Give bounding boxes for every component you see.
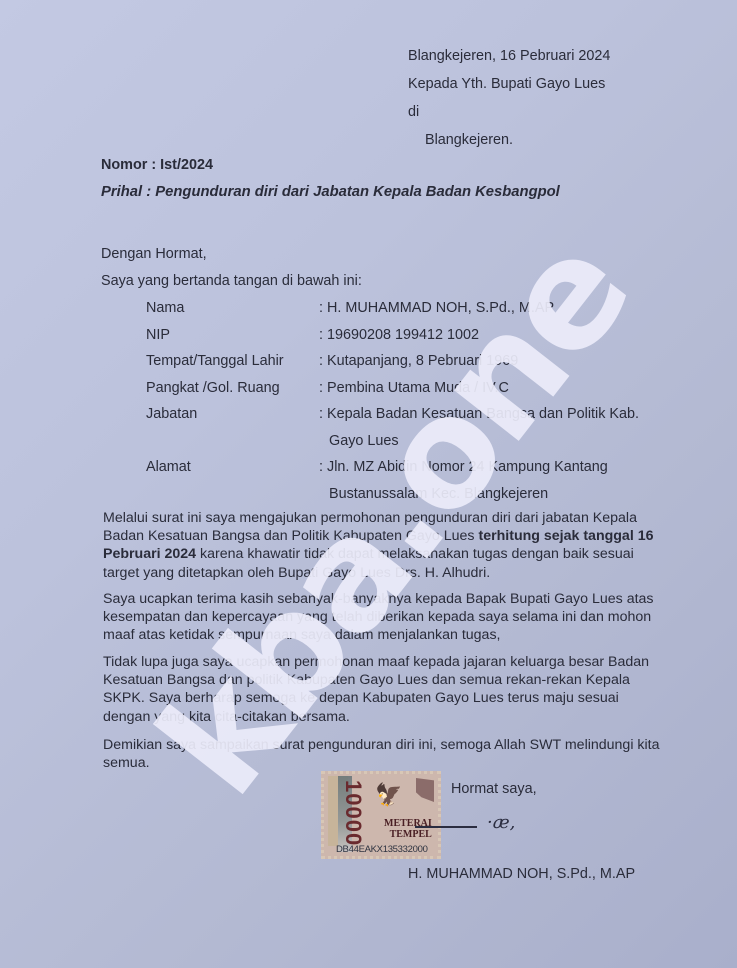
recipient-line: Kepada Yth. Bupati Gayo Lues (408, 70, 610, 98)
identity-row-continuation: Gayo Lues (146, 428, 639, 455)
recipient-city: Blangkejeren. (408, 126, 610, 154)
recipient-di: di (408, 98, 610, 126)
signature-stroke (415, 826, 477, 828)
meterai-stamp: 10000 🦅 METERAI TEMPEL DB44EAKX135332000 (321, 771, 441, 859)
garuda-emblem-icon: 🦅 (374, 780, 404, 810)
identity-row: Pangkat /Gol. Ruang : Pembina Utama Muda… (146, 375, 639, 402)
stamp-label: METERAI TEMPEL (384, 818, 432, 840)
identity-label: Nama (146, 300, 319, 316)
identity-label: Tempat/Tanggal Lahir (146, 353, 319, 369)
signatory-name: H. MUHAMMAD NOH, S.Pd., M.AP (408, 866, 635, 882)
identity-label: Pangkat /Gol. Ruang (146, 380, 319, 396)
letter-page: Blangkejeren, 16 Pebruari 2024 Kepada Yt… (0, 0, 737, 968)
identity-value: : 19690208 199412 1002 (319, 327, 479, 343)
identity-label: Jabatan (146, 406, 319, 422)
signature-mark: ·æ, (487, 812, 515, 833)
identity-row: Nama : H. MUHAMMAD NOH, S.Pd., M.AP (146, 295, 639, 322)
intro-line: Saya yang bertanda tangan di bawah ini: (101, 268, 362, 295)
identity-value: : H. MUHAMMAD NOH, S.Pd., M.AP (319, 300, 554, 316)
greeting: Dengan Hormat, (101, 241, 362, 268)
identity-label: NIP (146, 327, 319, 343)
place-date: Blangkejeren, 16 Pebruari 2024 (408, 42, 610, 70)
identity-value-continuation: Bustanussalam Kec. Blangkejeren (319, 486, 548, 502)
identity-value: : Kutapanjang, 8 Pebruari 1969 (319, 353, 518, 369)
identity-row: Alamat : Jln. MZ Abidin Nomor 24 Kampung… (146, 454, 639, 481)
identity-table: Nama : H. MUHAMMAD NOH, S.Pd., M.AP NIP … (146, 295, 639, 507)
identity-row: NIP : 19690208 199412 1002 (146, 322, 639, 349)
paragraph-apology: Tidak lupa juga saya ucapkan permohonan … (103, 653, 663, 726)
paragraph-thanks: Saya ucapkan terima kasih sebanyak-banya… (103, 590, 663, 645)
identity-row: Jabatan : Kepala Badan Kesatuan Bangsa d… (146, 401, 639, 428)
identity-value-continuation: Gayo Lues (319, 433, 399, 449)
identity-value: : Pembina Utama Muda / IV.C (319, 380, 509, 396)
closing-salutation: Hormat saya, (451, 781, 537, 797)
stamp-label-line2: TEMPEL (384, 829, 432, 840)
identity-row-continuation: Bustanussalam Kec. Blangkejeren (146, 481, 639, 508)
stamp-serial: DB44EAKX135332000 (336, 844, 428, 855)
identity-row: Tempat/Tanggal Lahir : Kutapanjang, 8 Pe… (146, 348, 639, 375)
greeting-block: Dengan Hormat, Saya yang bertanda tangan… (101, 241, 362, 295)
identity-label: Alamat (146, 459, 319, 475)
stamp-value: 10000 (340, 780, 366, 846)
paragraph-closing: Demikian saya sampaikan surat pengundura… (103, 736, 663, 772)
paragraph-request: Melalui surat ini saya mengajukan permoh… (103, 509, 663, 582)
recipient-block: Blangkejeren, 16 Pebruari 2024 Kepada Yt… (408, 42, 610, 154)
identity-value: : Jln. MZ Abidin Nomor 24 Kampung Kantan… (319, 459, 608, 475)
letter-subject: Prihal : Pengunduran diri dari Jabatan K… (101, 184, 560, 200)
stamp-flag-icon (416, 778, 434, 802)
identity-value: : Kepala Badan Kesatuan Bangsa dan Polit… (319, 406, 639, 422)
letter-number: Nomor : Ist/2024 (101, 157, 213, 173)
